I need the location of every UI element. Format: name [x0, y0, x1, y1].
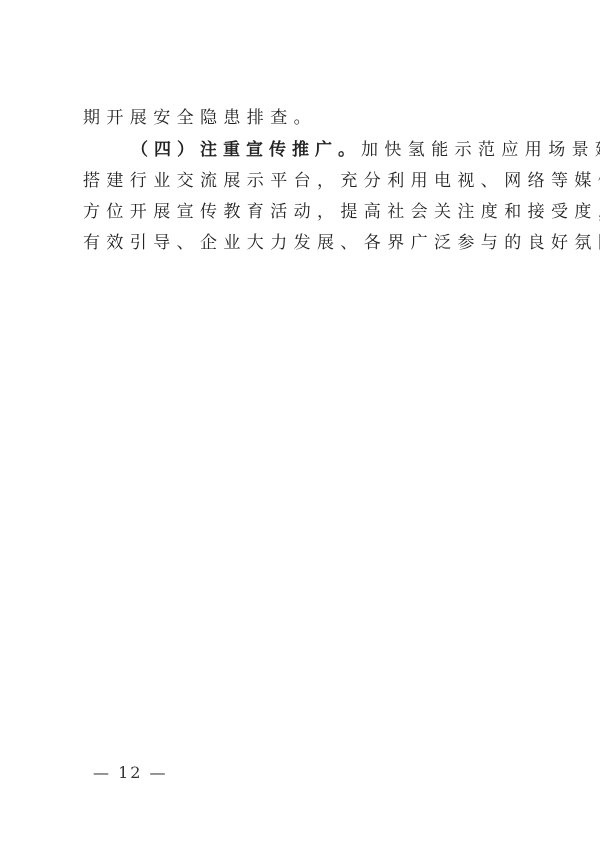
paragraph-line: 方位开展宣传教育活动，提高社会关注度和接受度，形成政府: [83, 202, 600, 222]
section-heading-line: （四）注重宣传推广。加快氢能示范应用场景建设，积极: [83, 140, 600, 160]
paragraph-line: 有效引导、企业大力发展、各界广泛参与的良好氛围。: [83, 233, 600, 253]
paragraph-text: 加快氢能示范应用场景建设，积极: [361, 140, 600, 160]
section-heading: （四）注重宣传推广。: [131, 140, 361, 160]
page-number: — 12 —: [93, 763, 168, 782]
paragraph-line: 搭建行业交流展示平台，充分利用电视、网络等媒体渠道，多: [83, 171, 600, 191]
paragraph-line: 期开展安全隐患排查。: [83, 108, 317, 128]
